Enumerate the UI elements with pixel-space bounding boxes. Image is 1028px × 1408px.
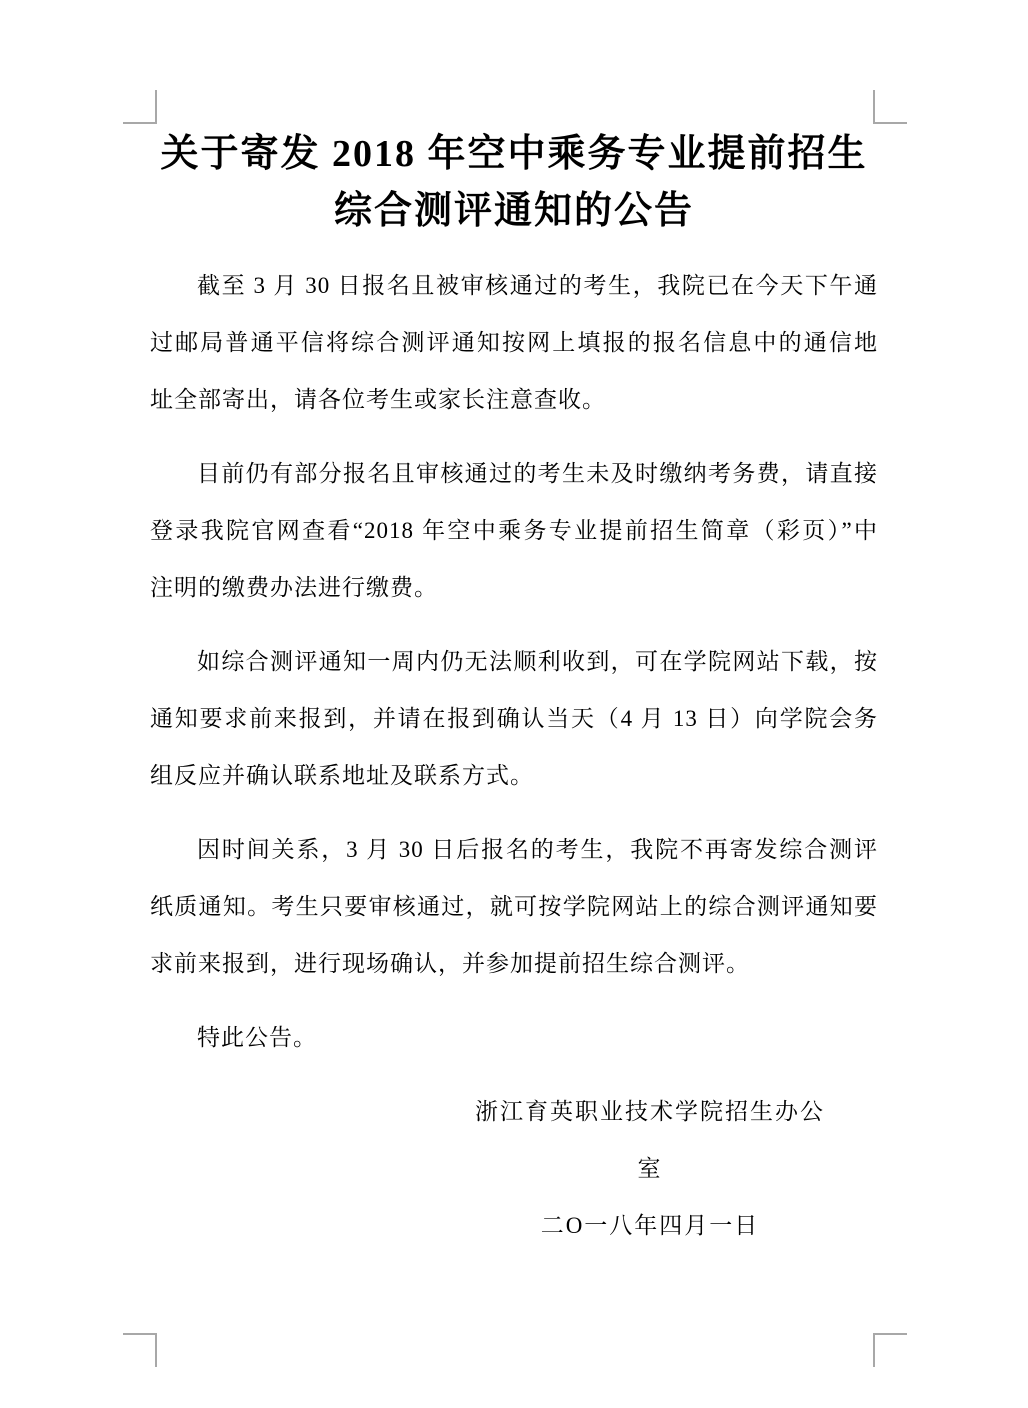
title-line-1: 关于寄发 2018 年空中乘务专业提前招生 — [150, 126, 878, 183]
document-page: 关于寄发 2018 年空中乘务专业提前招生 综合测评通知的公告 截至 3 月 3… — [0, 0, 1028, 1408]
document-content: 关于寄发 2018 年空中乘务专业提前招生 综合测评通知的公告 截至 3 月 3… — [150, 0, 878, 1254]
paragraph-3-line-2: 通知要求前来报到，并请在报到确认当天（4 月 13 日）向学院会务 — [150, 690, 878, 747]
paragraph-2: 目前仍有部分报名且审核通过的考生未及时缴纳考务费，请直接 登录我院官网查看“20… — [150, 445, 878, 616]
page-title: 关于寄发 2018 年空中乘务专业提前招生 综合测评通知的公告 — [150, 126, 878, 240]
title-line-2: 综合测评通知的公告 — [150, 183, 878, 240]
paragraph-4-line-3: 求前来报到，进行现场确认，并参加提前招生综合测评。 — [150, 935, 878, 992]
paragraph-2-line-3: 注明的缴费办法进行缴费。 — [150, 559, 878, 616]
signature-org: 浙江育英职业技术学院招生办公室 — [470, 1083, 830, 1197]
paragraph-3-line-1: 如综合测评通知一周内仍无法顺利收到，可在学院网站下载，按 — [150, 633, 878, 690]
paragraph-4-line-1: 因时间关系，3 月 30 日后报名的考生，我院不再寄发综合测评 — [150, 821, 878, 878]
crop-mark-bottom-left-icon — [123, 1333, 157, 1367]
paragraph-4-line-2: 纸质通知。考生只要审核通过，就可按学院网站上的综合测评通知要 — [150, 878, 878, 935]
paragraph-1: 截至 3 月 30 日报名且被审核通过的考生，我院已在今天下午通 过邮局普通平信… — [150, 257, 878, 428]
signature-date: 二O一八年四月一日 — [470, 1197, 830, 1254]
signature-block: 浙江育英职业技术学院招生办公室 二O一八年四月一日 — [470, 1083, 830, 1254]
paragraph-3: 如综合测评通知一周内仍无法顺利收到，可在学院网站下载，按 通知要求前来报到，并请… — [150, 633, 878, 804]
closing-line: 特此公告。 — [150, 1009, 878, 1066]
crop-mark-bottom-right-icon — [873, 1333, 907, 1367]
paragraph-2-line-1: 目前仍有部分报名且审核通过的考生未及时缴纳考务费，请直接 — [150, 445, 878, 502]
paragraph-1-line-3: 址全部寄出，请各位考生或家长注意查收。 — [150, 371, 878, 428]
paragraph-1-line-1: 截至 3 月 30 日报名且被审核通过的考生，我院已在今天下午通 — [150, 257, 878, 314]
paragraph-3-line-3: 组反应并确认联系地址及联系方式。 — [150, 747, 878, 804]
paragraph-1-line-2: 过邮局普通平信将综合测评通知按网上填报的报名信息中的通信地 — [150, 314, 878, 371]
crop-mark-top-right-icon — [873, 90, 907, 124]
paragraph-4: 因时间关系，3 月 30 日后报名的考生，我院不再寄发综合测评 纸质通知。考生只… — [150, 821, 878, 992]
paragraph-2-line-2: 登录我院官网查看“2018 年空中乘务专业提前招生简章（彩页）”中 — [150, 502, 878, 559]
